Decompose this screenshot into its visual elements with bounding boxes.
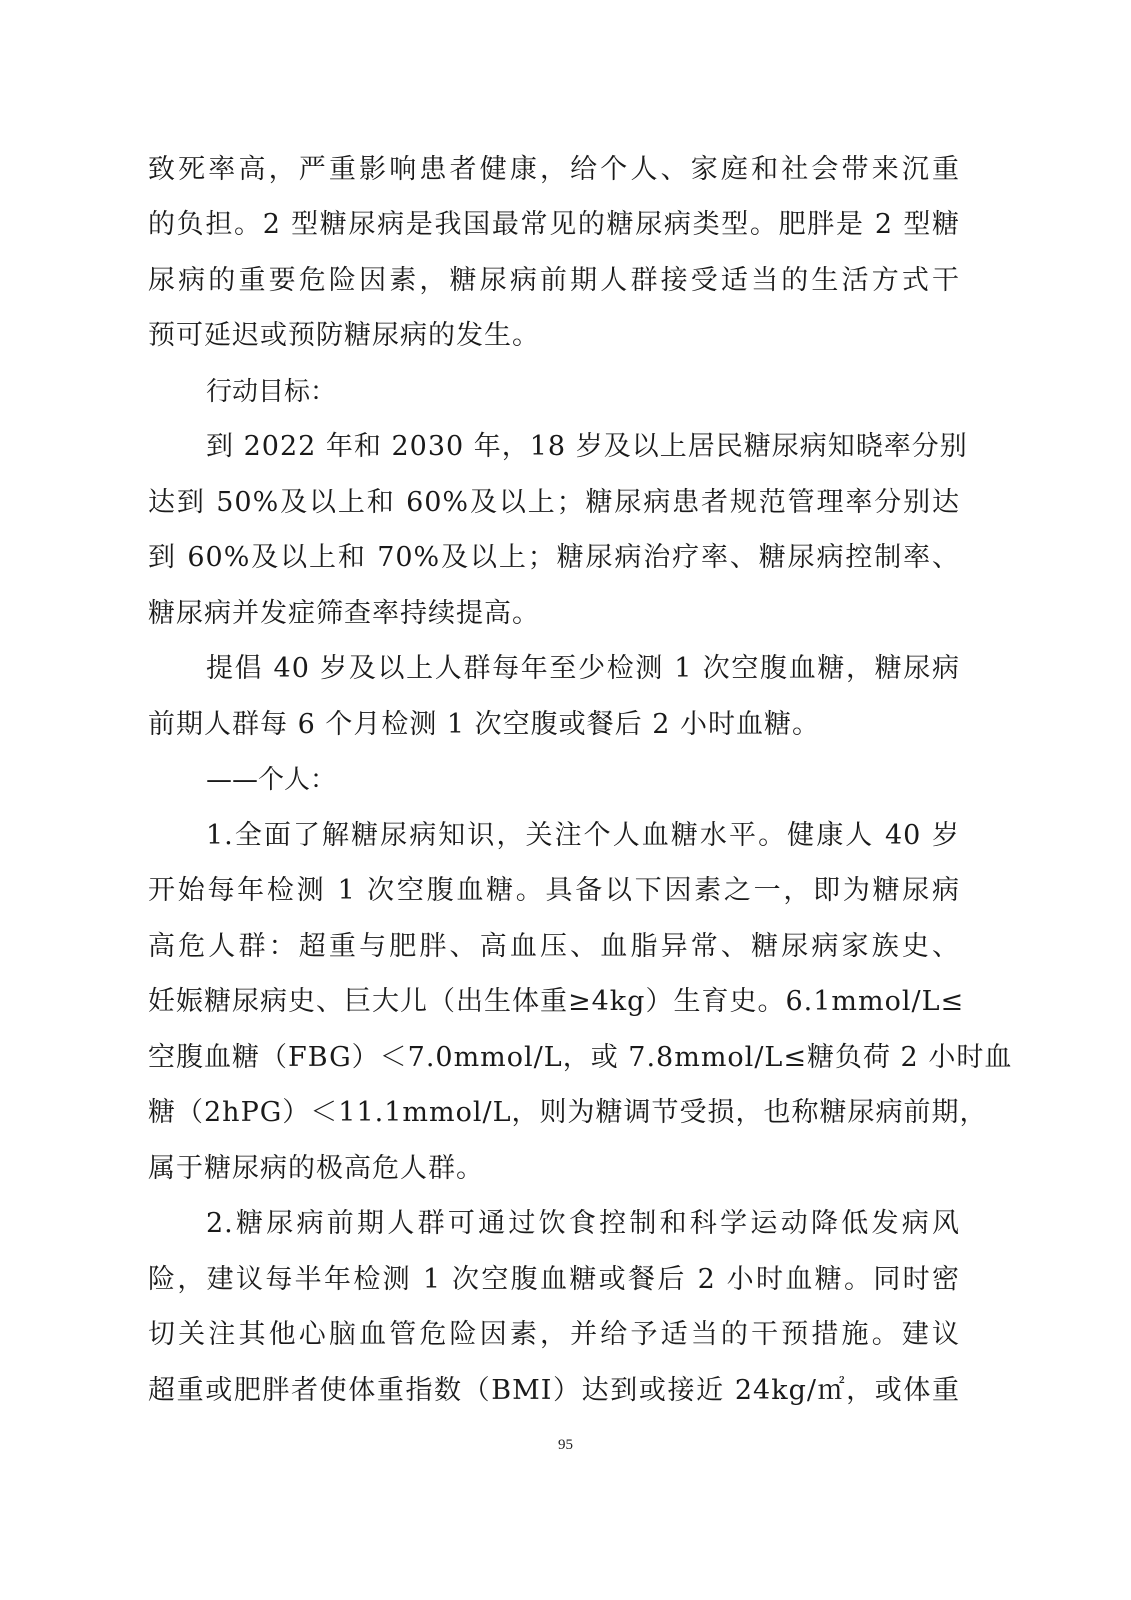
text-line: 高危人群：超重与肥胖、高血压、血脂异常、糖尿病家族史、 — [148, 927, 960, 967]
text-line: 到 2022 年和 2030 年，18 岁及以上居民糖尿病知晓率分别 — [206, 427, 960, 467]
text-line: 超重或肥胖者使体重指数（BMI）达到或接近 24kg/㎡，或体重 — [148, 1371, 960, 1411]
section-heading-individual: ——个人： — [206, 760, 960, 800]
text-line: 开始每年检测 1 次空腹血糖。具备以下因素之一，即为糖尿病 — [148, 871, 960, 911]
text-line: 空腹血糖（FBG）＜7.0mmol/L，或 7.8mmol/L≤糖负荷 2 小时… — [148, 1038, 960, 1078]
text-line: 提倡 40 岁及以上人群每年至少检测 1 次空腹血糖，糖尿病 — [206, 649, 960, 689]
text-line: 糖（2hPG）＜11.1mmol/L，则为糖调节受损，也称糖尿病前期， — [148, 1093, 960, 1133]
text-line: 妊娠糖尿病史、巨大儿（出生体重≥4kg）生育史。6.1mmol/L≤ — [148, 982, 960, 1022]
text-line: 险，建议每半年检测 1 次空腹血糖或餐后 2 小时血糖。同时密 — [148, 1260, 960, 1300]
text-line: 1.全面了解糖尿病知识，关注个人血糖水平。健康人 40 岁 — [206, 816, 960, 856]
text-line: 切关注其他心脑血管危险因素，并给予适当的干预措施。建议 — [148, 1315, 960, 1355]
text-line: 的负担。2 型糖尿病是我国最常见的糖尿病类型。肥胖是 2 型糖 — [148, 205, 960, 245]
document-page: 致死率高，严重影响患者健康，给个人、家庭和社会带来沉重 的负担。2 型糖尿病是我… — [0, 0, 1131, 1600]
text-line: 致死率高，严重影响患者健康，给个人、家庭和社会带来沉重 — [148, 150, 960, 190]
text-line: 达到 50%及以上和 60%及以上；糖尿病患者规范管理率分别达 — [148, 483, 960, 523]
text-line: 属于糖尿病的极高危人群。 — [148, 1149, 960, 1189]
text-line: 预可延迟或预防糖尿病的发生。 — [148, 316, 960, 356]
text-line: 尿病的重要危险因素，糖尿病前期人群接受适当的生活方式干 — [148, 261, 960, 301]
section-heading-action-goals: 行动目标： — [206, 372, 960, 412]
text-line: 2.糖尿病前期人群可通过饮食控制和科学运动降低发病风 — [206, 1204, 960, 1244]
text-line: 糖尿病并发症筛查率持续提高。 — [148, 594, 960, 634]
text-line: 到 60%及以上和 70%及以上；糖尿病治疗率、糖尿病控制率、 — [148, 538, 960, 578]
page-number: 95 — [0, 1437, 1131, 1454]
text-line: 前期人群每 6 个月检测 1 次空腹或餐后 2 小时血糖。 — [148, 705, 960, 745]
